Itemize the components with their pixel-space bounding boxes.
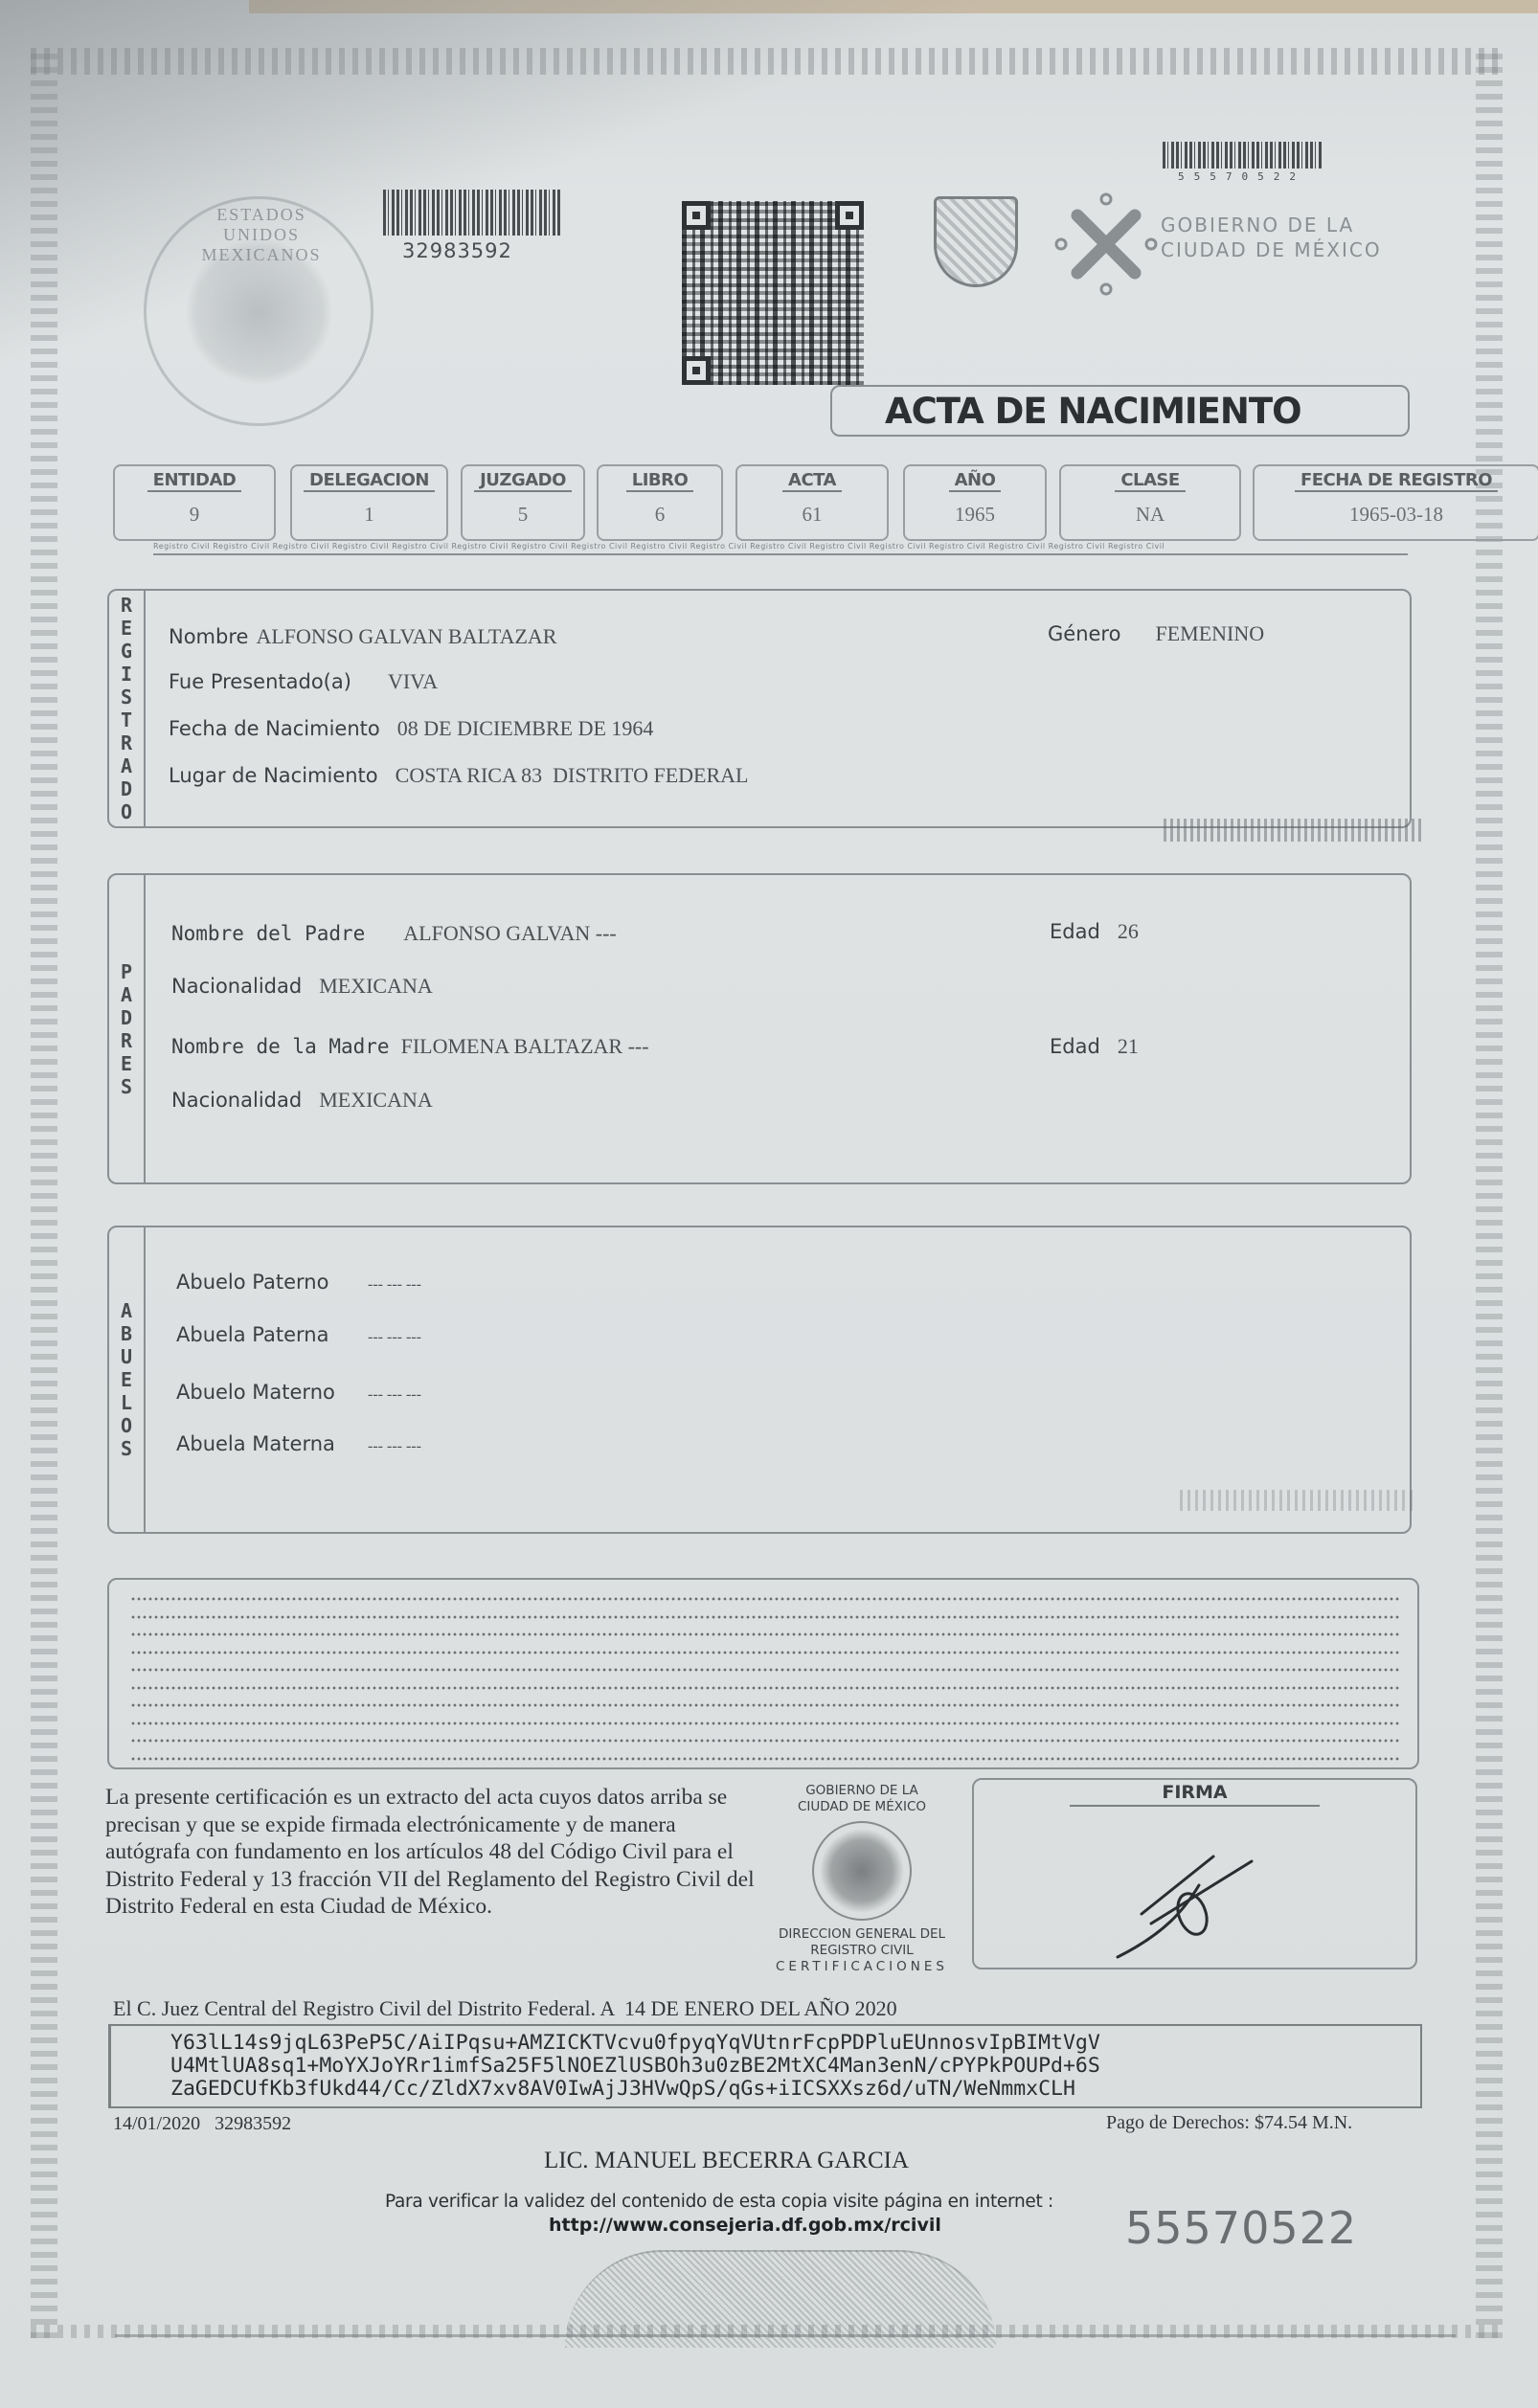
registro-value: 9 [115, 503, 274, 527]
presentado-field: Fue Presentado(a)VIVA [169, 669, 438, 694]
side-label-letter: O [121, 800, 132, 823]
qr-finder-icon [682, 356, 711, 385]
padre-label: Nombre del Padre [171, 922, 365, 945]
gov-logo-line2: CIUDAD DE MÉXICO [1161, 237, 1382, 262]
registrado-section: REGISTRADO NombreALFONSO GALVAN BALTAZAR… [107, 589, 1412, 828]
qr-finder-icon [835, 201, 864, 230]
registrado-side-label: REGISTRADO [109, 591, 146, 826]
registro-value: 1965 [905, 503, 1045, 527]
abuelos-section: ABUELOS Abuelo Paterno--- --- ---Abuela … [107, 1226, 1412, 1534]
padre-edad-field: Edad26 [1050, 919, 1139, 944]
side-label-letter: E [121, 617, 132, 640]
abuelo-label: Abuelo Paterno [176, 1271, 368, 1294]
stamp-dir-line1: DIRECCION GENERAL DEL [757, 1926, 967, 1943]
stamp-dir-line3: CERTIFICACIONES [757, 1959, 967, 1974]
document-title: ACTA DE NACIMIENTO [885, 391, 1301, 432]
document-title-box: ACTA DE NACIMIENTO [830, 385, 1410, 437]
registro-value: 5 [463, 503, 583, 527]
nombre-field: NombreALFONSO GALVAN BALTAZAR [169, 624, 556, 649]
side-label-letter: D [121, 777, 132, 800]
observaciones-section [107, 1578, 1419, 1769]
abuelo-field: Abuelo Materno--- --- --- [176, 1381, 421, 1404]
side-label-letter: A [121, 983, 132, 1006]
gov-logo-line1: GOBIERNO DE LA [1161, 213, 1382, 237]
padre-nacionalidad-field: NacionalidadMEXICANA [171, 974, 433, 999]
nombre-label: Nombre [169, 625, 248, 648]
qr-code-icon [682, 201, 864, 385]
padre-edad-value: 26 [1118, 919, 1139, 943]
side-label-letter: D [121, 1006, 132, 1029]
lugar-nacimiento-value: COSTA RICA 83 DISTRITO FEDERAL [396, 763, 749, 787]
side-label-letter: R [121, 594, 132, 617]
padres-section: PADRES Nombre del PadreALFONSO GALVAN --… [107, 873, 1412, 1184]
registro-cell-año: AÑO1965 [903, 464, 1047, 541]
expedition-folio: 32983592 [215, 2113, 291, 2134]
registro-value: 61 [737, 503, 887, 527]
juez-nombre: LIC. MANUEL BECERRA GARCIA [544, 2148, 909, 2174]
side-label-letter: L [121, 1391, 132, 1414]
registro-value: NA [1061, 503, 1239, 527]
side-label-letter: G [121, 640, 132, 663]
abuelo-label: Abuela Materna [176, 1432, 368, 1455]
abuelo-value: --- --- --- [368, 1438, 421, 1454]
side-label-letter: S [121, 686, 132, 709]
bottom-border-line [115, 2334, 1456, 2337]
gov-logo-text: GOBIERNO DE LA CIUDAD DE MÉXICO [1161, 213, 1382, 262]
fecha-nacimiento-label: Fecha de Nacimiento [169, 717, 380, 740]
dotted-line [130, 1739, 1400, 1743]
side-label-letter: P [121, 960, 132, 983]
presentado-label: Fue Presentado(a) [169, 670, 351, 693]
registro-label: FECHA DE REGISTRO [1255, 470, 1538, 490]
padre-value: ALFONSO GALVAN --- [403, 921, 616, 945]
registro-value: 1 [292, 503, 446, 527]
madre-label: Nombre de la Madre [171, 1035, 390, 1058]
dotted-line [130, 1686, 1400, 1690]
dotted-line [130, 1703, 1400, 1707]
dotted-line [130, 1615, 1400, 1619]
expedition-date: 14/01/2020 [113, 2113, 200, 2134]
registro-cell-delegacion: DELEGACION1 [290, 464, 448, 541]
background-edge [249, 0, 1538, 13]
national-seal-icon: ESTADOS UNIDOS MEXICANOS [144, 196, 373, 426]
genero-value: FEMENINO [1155, 621, 1264, 645]
firma-label: FIRMA [1070, 1782, 1320, 1807]
madre-nacionalidad-field: NacionalidadMEXICANA [171, 1088, 433, 1113]
genero-field: GéneroFEMENINO [1048, 621, 1264, 646]
registro-cell-juzgado: JUZGADO5 [461, 464, 585, 541]
side-label-letter: R [121, 731, 132, 754]
registro-cell-clase: CLASENA [1059, 464, 1241, 541]
madre-field: Nombre de la MadreFILOMENA BALTAZAR --- [171, 1034, 649, 1059]
registro-label: LIBRO [599, 470, 721, 490]
fecha-nacimiento-value: 08 DE DICIEMBRE DE 1964 [397, 716, 654, 740]
verify-url-link[interactable]: http://www.consejeria.df.gob.mx/rcivil [549, 2215, 941, 2236]
side-label-letter: I [121, 663, 132, 686]
registro-cell-acta: ACTA61 [735, 464, 889, 541]
stamp-gov-line2: CIUDAD DE MÉXICO [757, 1799, 967, 1815]
madre-edad-value: 21 [1118, 1034, 1139, 1058]
pago-derechos: Pago de Derechos: $74.54 M.N. [1106, 2112, 1352, 2134]
registro-civil-strip: Registro Civil Registro Civil Registro C… [153, 542, 1408, 555]
sello-digital-box: Y63lL14s9jqL63PeP5C/AiIPqsu+AMZICKTVcvu0… [108, 2024, 1422, 2108]
madre-nacionalidad-value: MEXICANA [319, 1088, 433, 1112]
registro-label: ACTA [737, 470, 887, 490]
registro-label: JUZGADO [463, 470, 583, 490]
padre-edad-label: Edad [1050, 920, 1100, 943]
abuelo-value: --- --- --- [368, 1329, 421, 1345]
side-label-letter: A [121, 1299, 132, 1322]
lugar-nacimiento-field: Lugar de NacimientoCOSTA RICA 83 DISTRIT… [169, 763, 748, 788]
side-label-letter: S [121, 1437, 132, 1460]
stamp-gov-line1: GOBIERNO DE LA [757, 1783, 967, 1799]
abuelo-field: Abuela Paterna--- --- --- [176, 1323, 421, 1346]
madre-edad-field: Edad21 [1050, 1034, 1139, 1059]
expedition-info: 14/01/2020 32983592 [113, 2113, 291, 2135]
registro-cell-libro: LIBRO6 [597, 464, 723, 541]
madre-nacionalidad-label: Nacionalidad [171, 1089, 302, 1112]
stamp-dir-line2: REGISTRO CIVIL [757, 1943, 967, 1959]
side-label-letter: S [121, 1075, 132, 1098]
abuelo-label: Abuela Paterna [176, 1323, 368, 1346]
side-label-letter: E [121, 1368, 132, 1391]
verify-text: Para verificar la validez del contenido … [385, 2192, 1053, 2212]
side-label-letter: R [121, 1029, 132, 1052]
registro-label: AÑO [905, 470, 1045, 490]
top-barcode-number: 55570522 [1178, 170, 1305, 183]
cdmx-shield-icon [934, 196, 1018, 287]
signature-icon [1108, 1818, 1300, 1962]
registro-fields: ENTIDAD9DELEGACION1JUZGADO5LIBRO6ACTA61A… [113, 464, 1415, 541]
juez-line: El C. Juez Central del Registro Civil de… [113, 1996, 897, 2021]
padre-field: Nombre del PadreALFONSO GALVAN --- [171, 921, 617, 946]
abuelo-value: --- --- --- [368, 1386, 421, 1403]
side-label-letter: T [121, 709, 132, 731]
cdmx-logo-icon [1053, 191, 1159, 297]
control-number: 55570522 [1125, 2202, 1357, 2254]
nombre-value: ALFONSO GALVAN BALTAZAR [256, 624, 556, 648]
side-label-letter: B [121, 1322, 132, 1345]
certification-text: La presente certificación es un extracto… [105, 1784, 766, 1921]
dotted-line [130, 1651, 1400, 1654]
top-barcode-icon [1163, 142, 1323, 169]
abuelos-side-label: ABUELOS [109, 1227, 146, 1532]
registro-cell-fecha-de-registro: FECHA DE REGISTRO1965-03-18 [1253, 464, 1538, 541]
dotted-line [130, 1722, 1400, 1725]
padre-nacionalidad-value: MEXICANA [319, 974, 433, 998]
registro-cell-entidad: ENTIDAD9 [113, 464, 276, 541]
registro-label: ENTIDAD [115, 470, 274, 490]
barcode-number: 32983592 [402, 239, 512, 262]
dotted-line [130, 1632, 1400, 1636]
side-label-letter: A [121, 754, 132, 777]
lugar-nacimiento-label: Lugar de Nacimiento [169, 764, 378, 787]
registro-label: DELEGACION [292, 470, 446, 490]
barcode-icon [383, 190, 560, 236]
side-label-letter: O [121, 1414, 132, 1437]
faint-stamp [1164, 819, 1422, 842]
madre-edad-label: Edad [1050, 1035, 1100, 1058]
madre-value: FILOMENA BALTAZAR --- [401, 1034, 649, 1058]
faint-stamp [1180, 1490, 1417, 1511]
fecha-nacimiento-field: Fecha de Nacimiento08 DE DICIEMBRE DE 19… [169, 716, 653, 741]
registro-civil-stamp: GOBIERNO DE LA CIUDAD DE MÉXICO DIRECCIO… [757, 1783, 967, 1974]
registro-label: CLASE [1061, 470, 1239, 490]
registro-value: 6 [599, 503, 721, 527]
abuelo-field: Abuela Materna--- --- --- [176, 1432, 421, 1455]
sello-digital: Y63lL14s9jqL63PeP5C/AiIPqsu+AMZICKTVcvu0… [170, 2032, 1100, 2101]
firma-box: FIRMA [972, 1778, 1417, 1969]
bottom-ornament [565, 2250, 996, 2348]
abuelo-value: --- --- --- [368, 1276, 421, 1293]
abuelo-field: Abuelo Paterno--- --- --- [176, 1271, 421, 1294]
presentado-value: VIVA [388, 669, 438, 693]
padre-nacionalidad-label: Nacionalidad [171, 975, 302, 998]
qr-finder-icon [682, 201, 711, 230]
eagle-emblem-icon [185, 237, 333, 386]
registro-value: 1965-03-18 [1255, 503, 1538, 527]
dotted-line [130, 1597, 1400, 1601]
padres-side-label: PADRES [109, 875, 146, 1182]
abuelo-label: Abuelo Materno [176, 1381, 368, 1404]
genero-label: Género [1048, 622, 1120, 645]
side-label-letter: E [121, 1052, 132, 1075]
side-label-letter: U [121, 1345, 132, 1368]
stamp-seal-icon [812, 1821, 912, 1921]
dotted-line [130, 1668, 1400, 1672]
dotted-line [130, 1757, 1400, 1761]
